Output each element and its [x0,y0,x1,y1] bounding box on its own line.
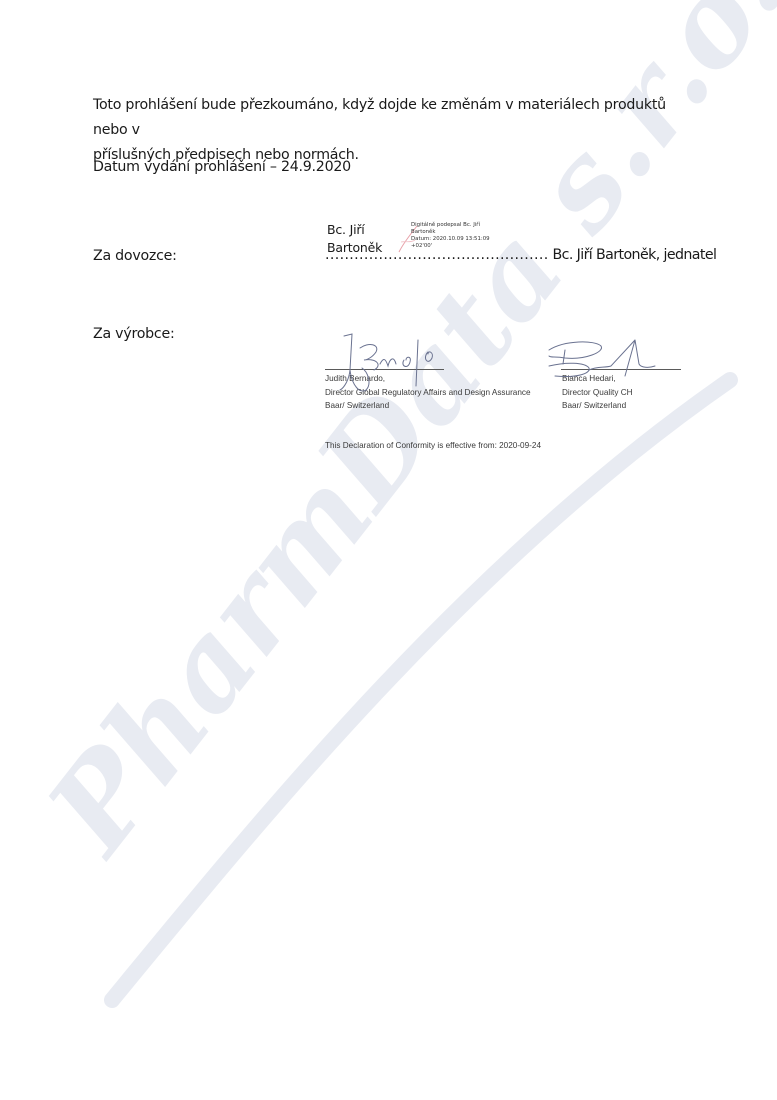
signatory-2-title: Director Quality CH [562,386,633,400]
digital-signature-line-2: Bartoněk [411,229,490,236]
signatory-1-location: Baar/ Switzerland [325,399,531,413]
signature-judith-bernardo [322,330,452,400]
importer-signature-line: ........................................… [325,247,716,263]
review-paragraph: Toto prohlášení bude přezkoumáno, když d… [93,93,693,168]
signature-bianca-hedari [545,336,665,386]
issue-date-line: Datum vydání prohlášení – 24.9.2020 [93,159,351,175]
digital-signature-line-1: Digitálně podepsal Bc. Jiří [411,222,490,229]
manufacturer-label: Za výrobce: [93,326,174,342]
effective-statement: This Declaration of Conformity is effect… [325,441,541,450]
paragraph-line-1: Toto prohlášení bude přezkoumáno, když d… [93,93,693,143]
importer-signer-title: Bc. Jiří Bartoněk, jednatel [552,247,716,263]
importer-label: Za dovozce: [93,248,177,264]
signer-name-line-1: Bc. Jiří [327,221,382,239]
digital-signature-tz: +02'00' [411,243,490,250]
digital-signature-date: Datum: 2020.10.09 13:51:09 [411,236,490,243]
digital-signature-details: Digitálně podepsal Bc. Jiří Bartoněk Dat… [411,222,490,250]
signatory-2-location: Baar/ Switzerland [562,399,633,413]
